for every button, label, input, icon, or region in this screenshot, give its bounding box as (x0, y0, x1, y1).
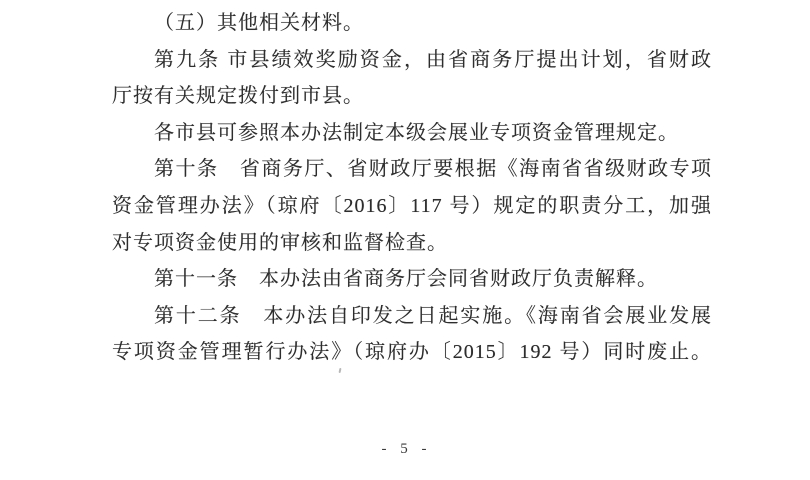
scanned-document-page: （五）其他相关材料。 第九条 市县绩效奖励资金，由省商务厅提出计划，省财政 厅按… (0, 0, 810, 480)
document-line: 专项资金管理暂行办法》（琼府办〔2015〕192 号）同时废止。 (112, 334, 712, 371)
document-line: 厅按有关规定拨付到市县。 (112, 78, 712, 115)
document-text-block: （五）其他相关材料。 第九条 市县绩效奖励资金，由省商务厅提出计划，省财政 厅按… (112, 5, 712, 371)
document-line: 第十条 省商务厅、省财政厅要根据《海南省省级财政专项 (112, 151, 712, 188)
document-line: 各市县可参照本办法制定本级会展业专项资金管理规定。 (112, 115, 712, 152)
document-line: 第十二条 本办法自印发之日起实施。《海南省会展业发展 (112, 298, 712, 335)
document-line: 第九条 市县绩效奖励资金，由省商务厅提出计划，省财政 (112, 42, 712, 79)
document-line: 对专项资金使用的审核和监督检查。 (112, 225, 712, 262)
document-line: 资金管理办法》（琼府〔2016〕117 号）规定的职责分工，加强 (112, 188, 712, 225)
document-line: 第十一条 本办法由省商务厅会同省财政厅负责解释。 (112, 261, 712, 298)
page-number: - 5 - (0, 441, 810, 458)
document-line: （五）其他相关材料。 (112, 5, 712, 42)
